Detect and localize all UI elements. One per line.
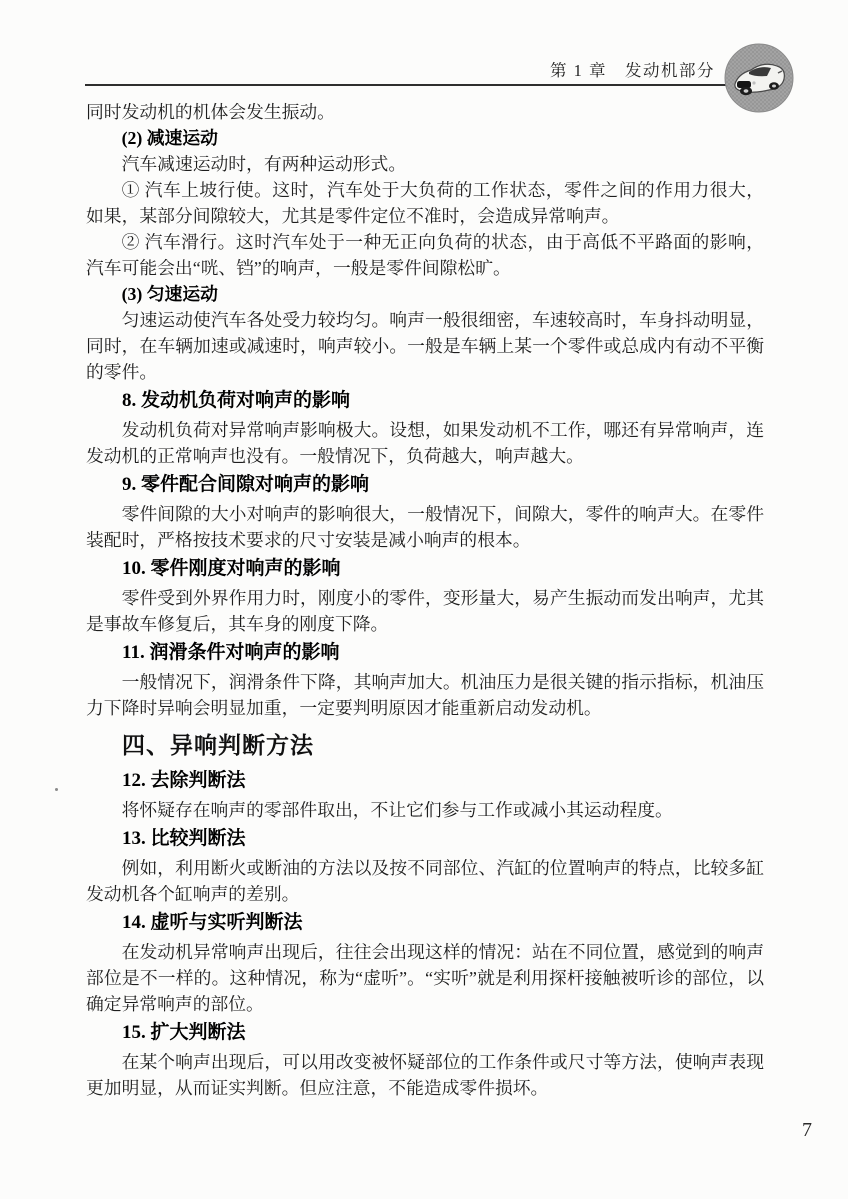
numbered-heading: 12. 去除判断法 xyxy=(86,767,764,795)
paragraph: ① 汽车上坡行使。这时，汽车处于大负荷的工作状态，零件之间的作用力很大，如果，某… xyxy=(86,177,764,229)
header-rule xyxy=(85,84,727,86)
paragraph: 发动机负荷对异常响声影响极大。设想，如果发动机不工作，哪还有异常响声，连发动机的… xyxy=(86,417,764,469)
paragraph: 匀速运动使汽车各处受力较均匀。响声一般很细密，车速较高时，车身抖动明显，同时，在… xyxy=(86,307,764,385)
paragraph: 零件间隙的大小对响声的影响很大，一般情况下，间隙大，零件的响声大。在零件装配时，… xyxy=(86,501,764,553)
scan-speck xyxy=(55,788,58,791)
paragraph: ② 汽车滑行。这时汽车处于一种无正向负荷的状态，由于高低不平路面的影响，汽车可能… xyxy=(86,229,764,281)
subheading: (3) 匀速运动 xyxy=(86,281,764,307)
numbered-heading: 13. 比较判断法 xyxy=(86,825,764,853)
paragraph: 汽车减速运动时，有两种运动形式。 xyxy=(86,151,764,177)
numbered-heading: 9. 零件配合间隙对响声的影响 xyxy=(86,471,764,499)
numbered-heading: 10. 零件刚度对响声的影响 xyxy=(86,555,764,583)
numbered-heading: 11. 润滑条件对响声的影响 xyxy=(86,639,764,667)
page-body: 同时发动机的机体会发生振动。 (2) 减速运动 汽车减速运动时，有两种运动形式。… xyxy=(86,99,764,1101)
book-page: 第 1 章 发动机部分 同时发动机的机体会发生振动。 xyxy=(0,0,848,1199)
chapter-header: 第 1 章 发动机部分 xyxy=(360,57,715,81)
paragraph: 在某个响声出现后，可以用改变被怀疑部位的工作条件或尺寸等方法，使响声表现更加明显… xyxy=(86,1049,764,1101)
paragraph: 例如，利用断火或断油的方法以及按不同部位、汽缸的位置响声的特点，比较多缸发动机各… xyxy=(86,855,764,907)
paragraph: 同时发动机的机体会发生振动。 xyxy=(86,99,764,125)
paragraph: 在发动机异常响声出现后，往往会出现这样的情况：站在不同位置，感觉到的响声部位是不… xyxy=(86,939,764,1017)
subheading: (2) 减速运动 xyxy=(86,125,764,151)
section-heading: 四、异响判断方法 xyxy=(86,729,764,761)
paragraph: 一般情况下，润滑条件下降，其响声加大。机油压力是很关键的指示指标，机油压力下降时… xyxy=(86,669,764,721)
paragraph: 将怀疑存在响声的零部件取出，不让它们参与工作或减小其运动程度。 xyxy=(86,797,764,823)
numbered-heading: 8. 发动机负荷对响声的影响 xyxy=(86,387,764,415)
paragraph: 零件受到外界作用力时，刚度小的零件，变形量大，易产生振动而发出响声，尤其是事故车… xyxy=(86,585,764,637)
numbered-heading: 14. 虚听与实听判断法 xyxy=(86,909,764,937)
numbered-heading: 15. 扩大判断法 xyxy=(86,1019,764,1047)
page-number: 7 xyxy=(760,1119,812,1142)
